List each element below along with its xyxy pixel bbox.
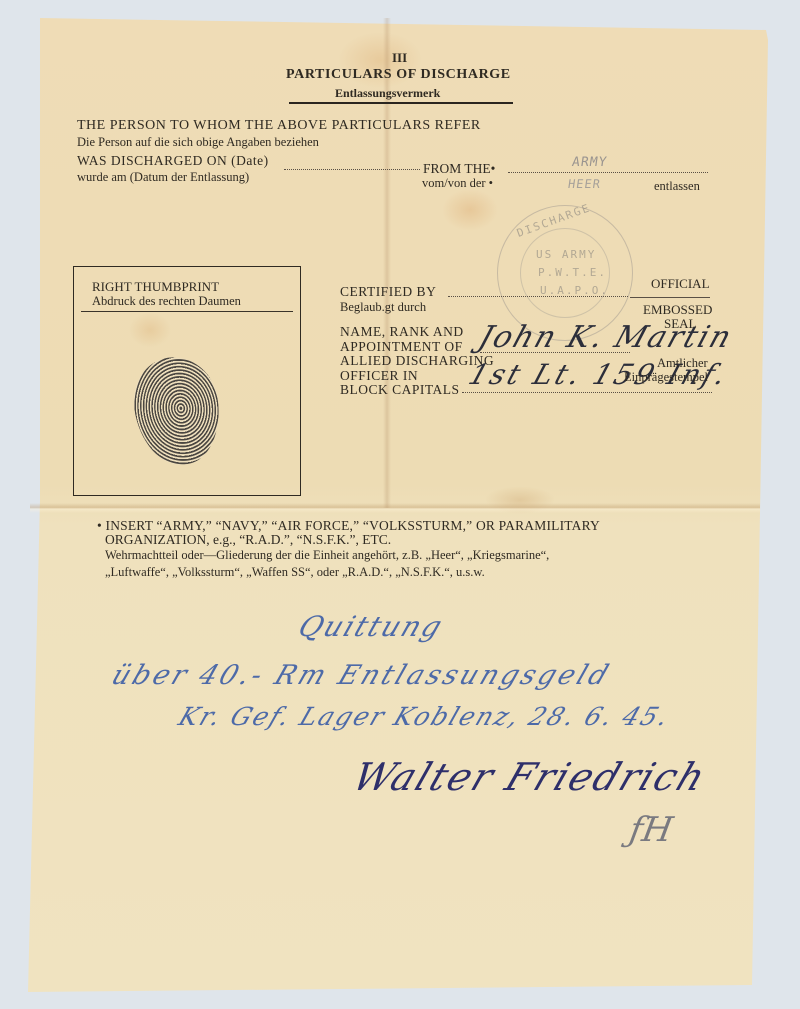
from-the-label-en: FROM THE• — [423, 161, 495, 177]
entlassen-label: entlassen — [654, 179, 700, 194]
officer-signature-name: John K. Martin — [474, 320, 737, 355]
seal-text-2: P.W.T.E. — [538, 266, 607, 279]
footnote-line-4: „Luftwaffe“, „Volkssturm“, „Waffen SS“, … — [105, 565, 485, 580]
discharged-on-label-de: wurde am (Datum der Entlassung) — [77, 170, 249, 185]
officer-label-line-1: NAME, RANK AND — [340, 325, 494, 340]
from-the-label-de: vom/von der • — [422, 176, 493, 191]
branch-field — [508, 172, 708, 173]
footnote-line-3: Wehrmachtteil oder—Gliederung der die Ei… — [105, 548, 549, 563]
seal-label: SEAL — [664, 316, 697, 332]
seal-text-1: US ARMY — [536, 248, 596, 261]
handwritten-signature: Walter Friedrich — [347, 755, 713, 799]
title-underline — [289, 102, 513, 104]
officer-rank-field — [462, 392, 712, 393]
horizontal-fold-crease — [30, 503, 760, 513]
footnote-line-2: ORGANIZATION, e.g., “R.A.D.”, “N.S.F.K.”… — [105, 532, 391, 548]
discharge-date-field — [284, 169, 420, 170]
person-line-de: Die Person auf die sich obige Angaben be… — [77, 135, 319, 150]
certified-by-label-de: Beglaub.gt durch — [340, 300, 426, 315]
person-line-en: THE PERSON TO WHOM THE ABOVE PARTICULARS… — [77, 118, 481, 134]
section-number: III — [392, 50, 407, 66]
thumbprint-label-de: Abdruck des rechten Daumen — [92, 294, 241, 309]
document-subtitle: Entlassungsvermerk — [335, 86, 440, 101]
handwritten-receipt-title: Quittung — [294, 610, 448, 643]
official-label: OFFICIAL — [651, 276, 710, 292]
official-rule — [630, 297, 710, 298]
amtlicher-label: Amtlicher — [657, 356, 708, 371]
handwritten-receipt-place-date: Kr. Gef. Lager Koblenz, 28. 6. 45. — [175, 702, 675, 731]
certified-by-label-en: CERTIFIED BY — [340, 284, 436, 300]
thumbprint-header-rule — [81, 311, 293, 312]
thumbprint-label-en: RIGHT THUMBPRINT — [92, 279, 219, 295]
document-title: PARTICULARS OF DISCHARGE — [286, 67, 511, 83]
handwritten-receipt-amount: über 40.- Rm Entlassungsgeld — [107, 660, 615, 691]
officer-label-line-3: ALLIED DISCHARGING — [340, 354, 494, 369]
certified-by-field — [448, 296, 628, 297]
discharged-on-label-en: WAS DISCHARGED ON (Date) — [77, 153, 269, 169]
pencil-initials: ƒH — [626, 810, 675, 850]
branch-stamp-en: ARMY — [571, 155, 608, 170]
branch-stamp-de: HEER — [567, 177, 602, 191]
officer-label-line-2: APPOINTMENT OF — [340, 340, 494, 355]
einpraegestempel-label: Einprägestempel — [624, 370, 708, 385]
